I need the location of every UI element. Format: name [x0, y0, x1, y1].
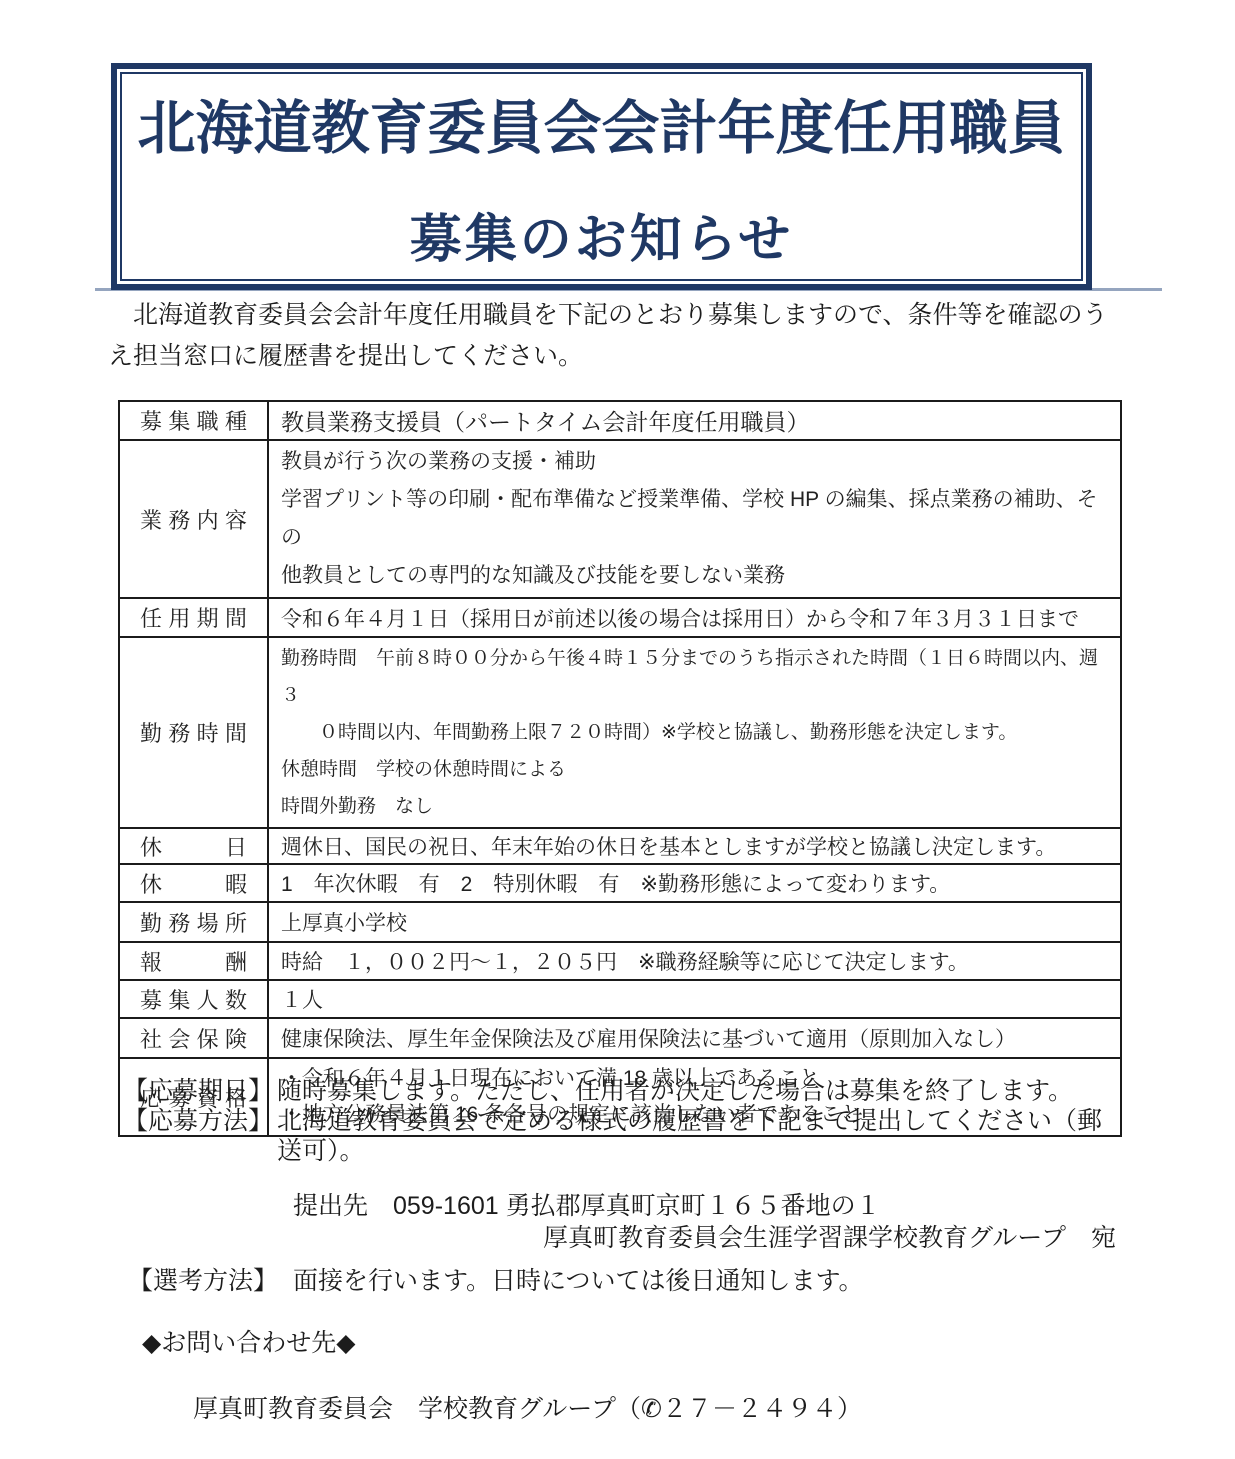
table-row-ninyo-kikan: 任用期間 令和６年４月１日（採用日が前述以後の場合は採用日）から令和７年３月３１… — [119, 598, 1121, 637]
intro-paragraph: 北海道教育委員会会計年度任用職員を下記のとおり募集しますので、条件等を確認のう … — [108, 295, 1163, 377]
row-label: 社会保険 — [119, 1018, 268, 1058]
row-value: 1 年次休暇 有 2 特別休暇 有 ※勤務形態によって変わります。 — [268, 864, 1121, 902]
contact-line-prefix: 厚真町教育委員会 学校教育グループ（ — [193, 1395, 641, 1423]
table-row-kinmu-basho: 勤務場所 上厚真小学校 — [119, 902, 1121, 942]
title-box: 北海道教育委員会会計年度任用職員 募集のお知らせ — [111, 63, 1092, 290]
table-row-kyuka: 休 暇 1 年次休暇 有 2 特別休暇 有 ※勤務形態によって変わります。 — [119, 864, 1121, 902]
document-page: 北海道教育委員会会計年度任用職員 募集のお知らせ 北海道教育委員会会計年度任用職… — [0, 0, 1235, 1459]
table-row-kyujitsu: 休 日 週休日、国民の祝日、年末年始の休日を基本としますが学校と協議し決定します… — [119, 828, 1121, 864]
row-label: 勤務場所 — [119, 902, 268, 942]
row-label: 勤務時間 — [119, 637, 268, 828]
row-label: 業務内容 — [119, 440, 268, 598]
row-value: 教員業務支援員（パートタイム会計年度任用職員） — [268, 401, 1121, 440]
document-title-line1: 北海道教育委員会会計年度任用職員 — [122, 98, 1081, 160]
row-value: 教員が行う次の業務の支援・補助 学習プリント等の印刷・配布準備など授業準備、学校… — [268, 440, 1121, 598]
row-label: 募集人数 — [119, 980, 268, 1018]
title-box-inner-border: 北海道教育委員会会計年度任用職員 募集のお知らせ — [120, 72, 1083, 281]
contact-heading: ◆お問い合わせ先◆ — [142, 1328, 355, 1358]
recruitment-table: 募集職種 教員業務支援員（パートタイム会計年度任用職員） 業務内容 教員が行う次… — [118, 400, 1122, 1137]
row-label: 休 日 — [119, 828, 268, 864]
row-value: １人 — [268, 980, 1121, 1018]
document-title-line2: 募集のお知らせ — [122, 212, 1081, 268]
table-row-shokushu: 募集職種 教員業務支援員（パートタイム会計年度任用職員） — [119, 401, 1121, 440]
table-row-boshu-ninzu: 募集人数 １人 — [119, 980, 1121, 1018]
application-text: 随時募集します。ただし、任用者が決定した場合は募集を終了します。 北海道教育委員… — [277, 1076, 1157, 1166]
row-label: 募集職種 — [119, 401, 268, 440]
table-row-hoshu: 報 酬 時給 １，００２円～１，２０５円 ※職務経験等に応じて決定します。 — [119, 942, 1121, 980]
row-value: 令和６年４月１日（採用日が前述以後の場合は採用日）から令和７年３月３１日まで — [268, 598, 1121, 637]
table-row-shakai-hoken: 社会保険 健康保険法、厚生年金保険法及び雇用保険法に基づいて適用（原則加入なし） — [119, 1018, 1121, 1058]
row-value: 上厚真小学校 — [268, 902, 1121, 942]
row-value: 健康保険法、厚生年金保険法及び雇用保険法に基づいて適用（原則加入なし） — [268, 1018, 1121, 1058]
table-row-kinmu-jikan: 勤務時間 勤務時間 午前８時００分から午後４時１５分までのうち指示された時間（１… — [119, 637, 1121, 828]
row-value: 時給 １，００２円～１，２０５円 ※職務経験等に応じて決定します。 — [268, 942, 1121, 980]
row-value: 勤務時間 午前８時００分から午後４時１５分までのうち指示された時間（１日６時間以… — [268, 637, 1121, 828]
row-value: 週休日、国民の祝日、年末年始の休日を基本としますが学校と協議し決定します。 — [268, 828, 1121, 864]
submission-address: 提出先 059-1601 勇払郡厚真町京町１６５番地の１ 厚真町教育委員会生涯学… — [293, 1190, 1193, 1254]
contact-phone-number: ２７－２４９４） — [662, 1395, 862, 1423]
row-label: 任用期間 — [119, 598, 268, 637]
phone-icon: ✆ — [641, 1395, 662, 1423]
selection-method-label: 【選考方法】 — [128, 1266, 278, 1296]
table-row-gyomu: 業務内容 教員が行う次の業務の支援・補助 学習プリント等の印刷・配布準備など授業… — [119, 440, 1121, 598]
row-label: 休 暇 — [119, 864, 268, 902]
contact-line: 厚真町教育委員会 学校教育グループ（✆２７－２４９４） — [193, 1364, 862, 1424]
row-label: 報 酬 — [119, 942, 268, 980]
application-labels: 【応募期日】 【応募方法】 — [123, 1076, 273, 1136]
selection-method-text: 面接を行います。日時については後日通知します。 — [293, 1266, 864, 1296]
